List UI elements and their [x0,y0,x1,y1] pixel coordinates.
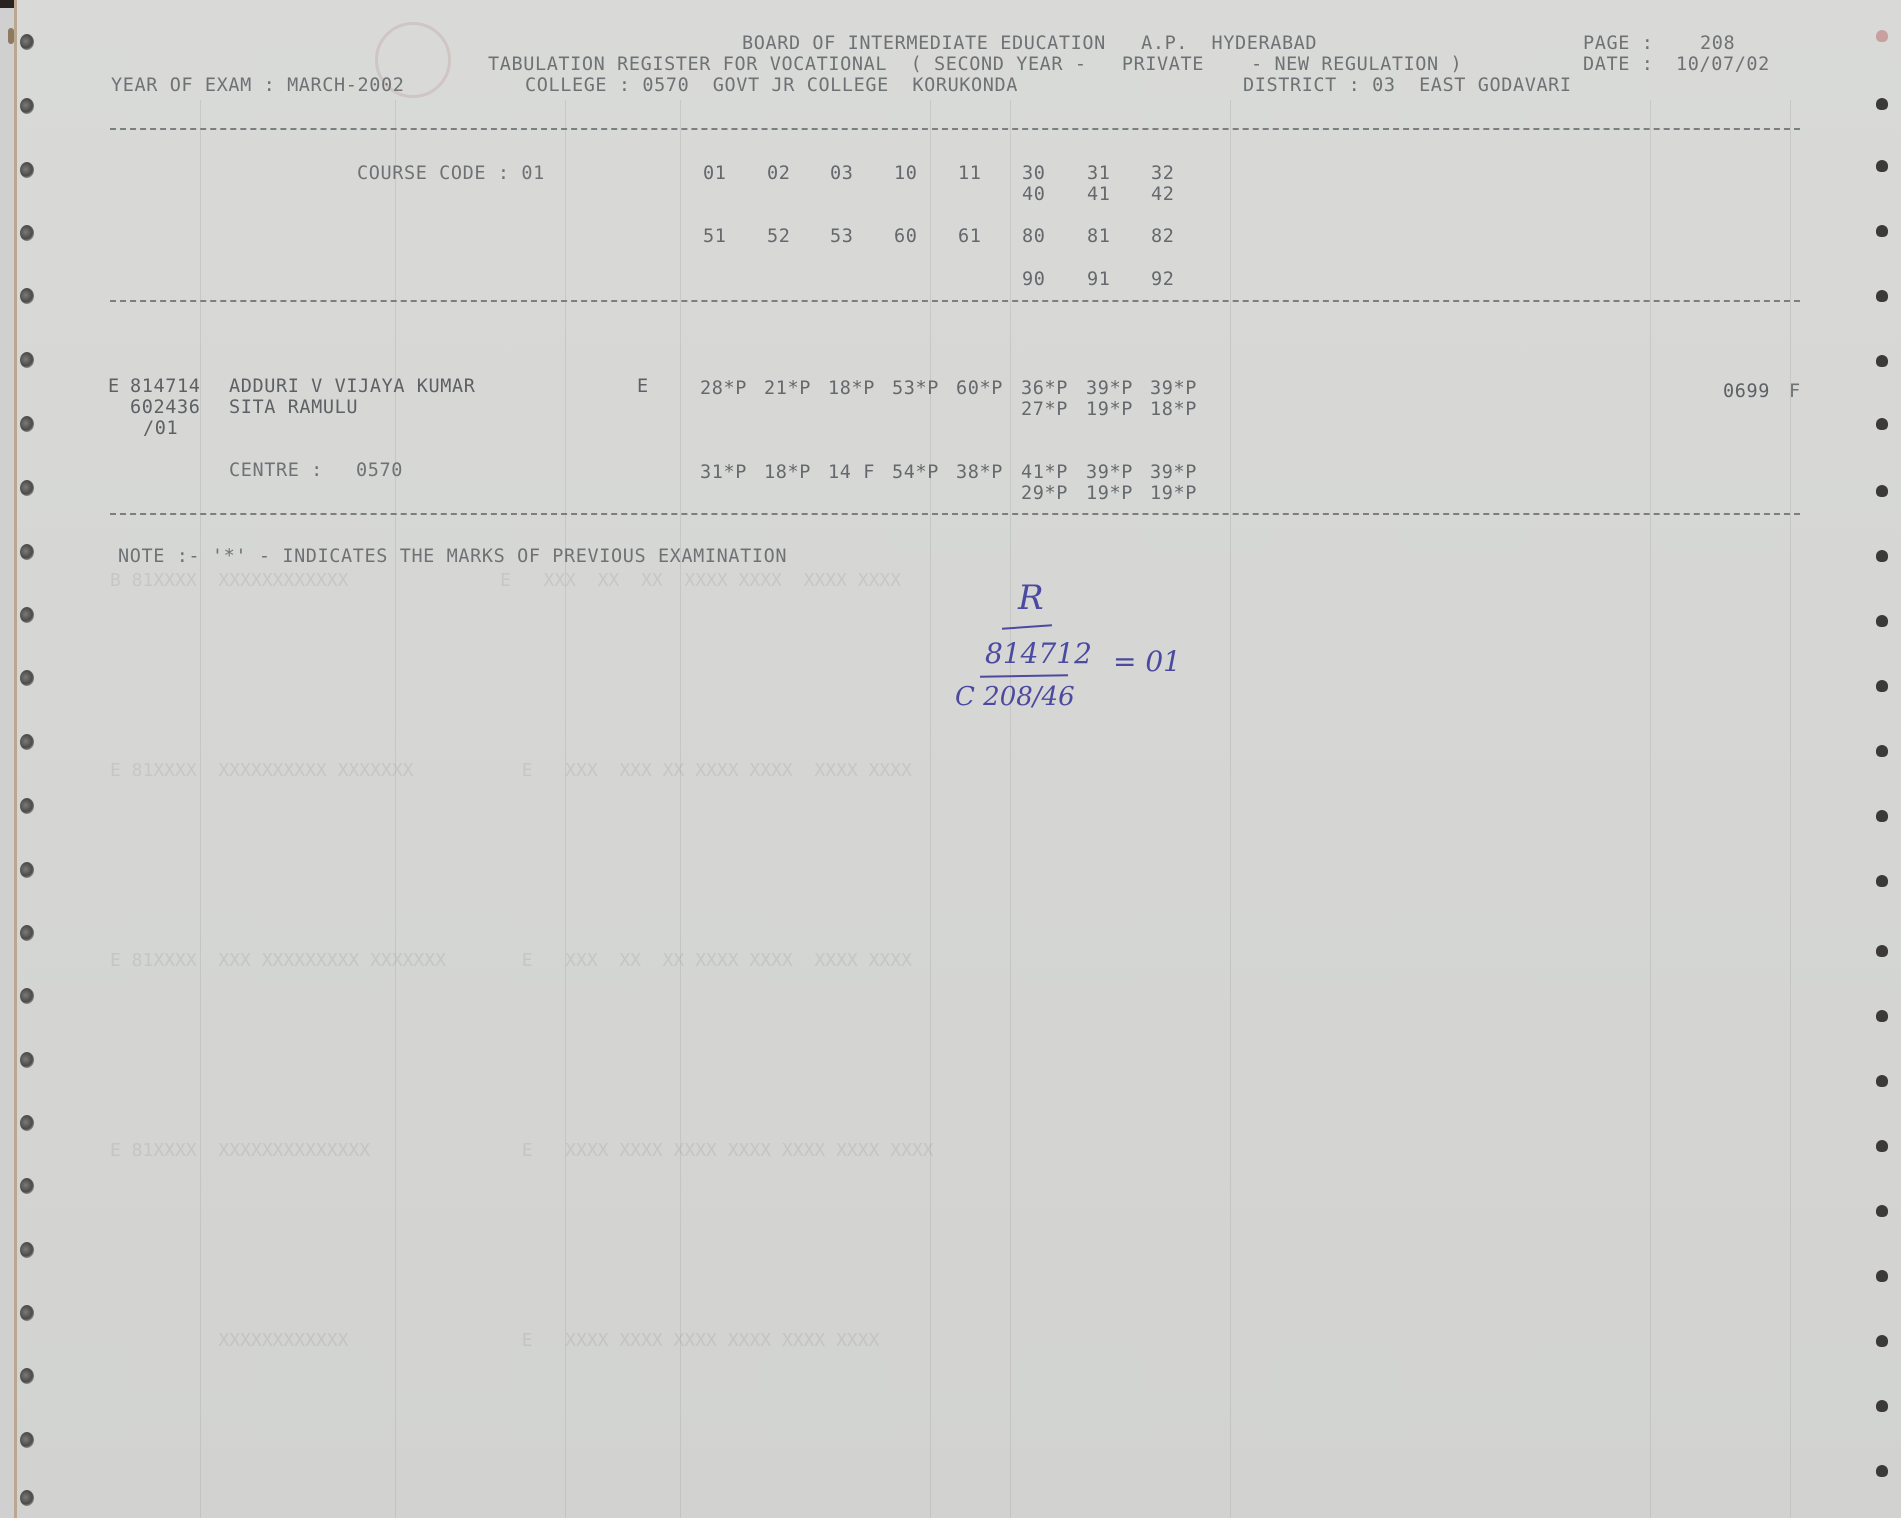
college-info: COLLEGE : 0570 GOVT JR COLLEGE KORUKONDA [525,75,1018,96]
father-name: SITA RAMULU [229,397,358,418]
candidate-name: ADDURI V VIJAYA KUMAR [229,376,476,397]
date-label: DATE : [1583,54,1653,75]
registration-number: 602436 [130,397,200,418]
page-label: PAGE : [1583,33,1653,54]
left-tractor-feed-holes [20,0,50,1518]
course-suffix: /01 [143,418,178,439]
page-number: 208 [1700,33,1735,54]
hall-ticket-number: 814714 [130,376,200,397]
footnote: NOTE :- '*' - INDICATES THE MARKS OF PRE… [118,546,787,567]
handwritten-denominator: C 208/46 [955,682,1075,712]
centre-code: 0570 [356,460,403,481]
handwritten-result: = 01 [1113,645,1181,678]
board-title: BOARD OF INTERMEDIATE EDUCATION A.P. HYD… [742,33,1317,54]
total-marks: 0699 [1723,381,1770,402]
handwritten-initial: R [1018,578,1044,618]
register-title: TABULATION REGISTER FOR VOCATIONAL ( SEC… [488,54,1462,75]
medium: E [637,376,649,397]
header-divider [110,128,1800,130]
result-status: F [1789,381,1801,402]
print-date: 10/07/02 [1676,54,1770,75]
centre-label: CENTRE : [229,460,323,481]
right-tractor-feed-holes [1876,0,1901,1518]
course-divider [110,300,1800,302]
record-divider [110,513,1800,515]
stream-code: E [108,376,120,397]
district-info: DISTRICT : 03 EAST GODAVARI [1243,75,1572,96]
course-code: COURSE CODE : 01 [357,163,545,184]
year-of-exam: YEAR OF EXAM : MARCH-2002 [111,75,404,96]
handwritten-numerator: 814712 [985,637,1092,670]
